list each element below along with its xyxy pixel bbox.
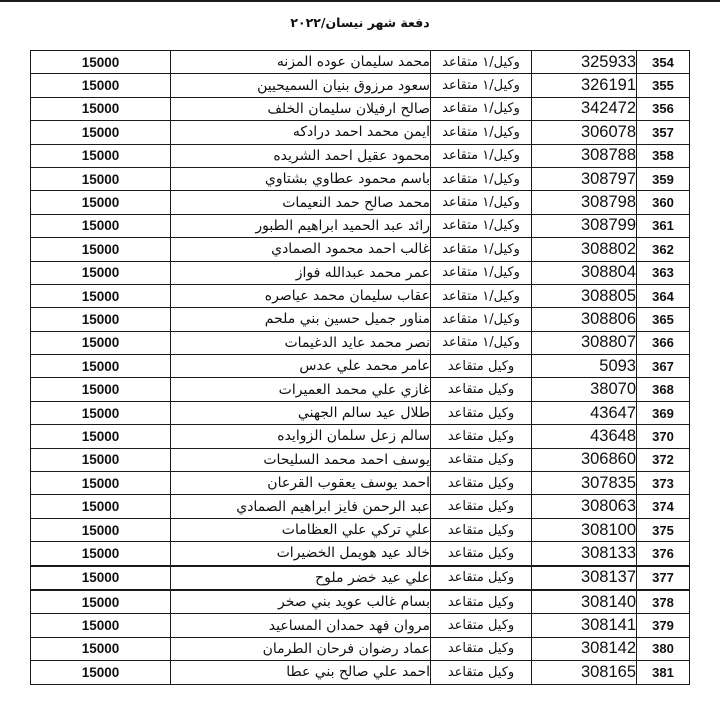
name-cell: يوسف احمد محمد السليحات	[171, 448, 431, 471]
rank-cell: وكيل متقاعد	[431, 614, 532, 637]
id-number-cell: 326191	[532, 74, 637, 97]
id-number-cell: 308798	[532, 191, 637, 214]
id-number-cell: 325933	[532, 51, 637, 74]
serial-cell: 361	[637, 214, 690, 237]
table-row: 36838070وكيل متقاعدغازي علي محمد العميرا…	[31, 378, 690, 401]
amount-cell: 15000	[31, 238, 171, 261]
name-cell: مناور جميل حسين بني ملحم	[171, 308, 431, 331]
rank-cell: وكيل/١ متقاعد	[431, 97, 532, 120]
id-number-cell: 5093	[532, 355, 637, 378]
name-cell: باسم محمود عطاوي بشتاوي	[171, 167, 431, 190]
name-cell: محمد سليمان عوده المزنه	[171, 51, 431, 74]
rank-cell: وكيل متقاعد	[431, 542, 532, 566]
serial-cell: 368	[637, 378, 690, 401]
rank-cell: وكيل/١ متقاعد	[431, 191, 532, 214]
serial-cell: 355	[637, 74, 690, 97]
name-cell: غالب احمد محمود الصمادي	[171, 238, 431, 261]
id-number-cell: 43648	[532, 425, 637, 448]
serial-cell: 374	[637, 495, 690, 518]
rank-cell: وكيل متقاعد	[431, 378, 532, 401]
name-cell: عامر محمد علي عدس	[171, 355, 431, 378]
name-cell: محمد صالح حمد النعيمات	[171, 191, 431, 214]
serial-cell: 379	[637, 614, 690, 637]
table-row: 379308141وكيل متقاعدمروان فهد حمدان المس…	[31, 614, 690, 637]
amount-cell: 15000	[31, 425, 171, 448]
name-cell: علي تركي علي العظامات	[171, 518, 431, 541]
id-number-cell: 342472	[532, 97, 637, 120]
table-body: 354325933وكيل/١ متقاعدمحمد سليمان عوده ا…	[31, 51, 690, 685]
table-row: 362308802وكيل/١ متقاعدغالب احمد محمود ال…	[31, 238, 690, 261]
id-number-cell: 308133	[532, 542, 637, 566]
rank-cell: وكيل/١ متقاعد	[431, 331, 532, 354]
amount-cell: 15000	[31, 518, 171, 541]
serial-cell: 356	[637, 97, 690, 120]
amount-cell: 15000	[31, 261, 171, 284]
id-number-cell: 308807	[532, 331, 637, 354]
id-number-cell: 308142	[532, 637, 637, 660]
id-number-cell: 306078	[532, 121, 637, 144]
name-cell: صالح ارفيلان سليمان الخلف	[171, 97, 431, 120]
id-number-cell: 308802	[532, 238, 637, 261]
amount-cell: 15000	[31, 378, 171, 401]
serial-cell: 366	[637, 331, 690, 354]
rank-cell: وكيل/١ متقاعد	[431, 261, 532, 284]
table-row: 355326191وكيل/١ متقاعدسعود مرزوق بنيان ا…	[31, 74, 690, 97]
name-cell: احمد يوسف يعقوب القرعان	[171, 472, 431, 495]
id-number-cell: 308805	[532, 284, 637, 307]
id-number-cell: 308100	[532, 518, 637, 541]
serial-cell: 360	[637, 191, 690, 214]
rank-cell: وكيل/١ متقاعد	[431, 238, 532, 261]
name-cell: عبد الرحمن فايز ابراهيم الصمادي	[171, 495, 431, 518]
rank-cell: وكيل متقاعد	[431, 425, 532, 448]
amount-cell: 15000	[31, 284, 171, 307]
table-row: 363308804وكيل/١ متقاعدعمر محمد عبدالله ف…	[31, 261, 690, 284]
name-cell: محمود عقيل احمد الشريده	[171, 144, 431, 167]
serial-cell: 375	[637, 518, 690, 541]
id-number-cell: 308140	[532, 590, 637, 614]
name-cell: غازي علي محمد العميرات	[171, 378, 431, 401]
rank-cell: وكيل/١ متقاعد	[431, 214, 532, 237]
id-number-cell: 308165	[532, 661, 637, 684]
amount-cell: 15000	[31, 401, 171, 424]
amount-cell: 15000	[31, 495, 171, 518]
serial-cell: 362	[637, 238, 690, 261]
amount-cell: 15000	[31, 214, 171, 237]
table-row: 364308805وكيل/١ متقاعدعقاب سليمان محمد ع…	[31, 284, 690, 307]
rank-cell: وكيل متقاعد	[431, 637, 532, 660]
id-number-cell: 308788	[532, 144, 637, 167]
serial-cell: 370	[637, 425, 690, 448]
name-cell: طلال عيد سالم الجهني	[171, 401, 431, 424]
id-number-cell: 306860	[532, 448, 637, 471]
table-row: 366308807وكيل/١ متقاعدنصر محمد عايد الدغ…	[31, 331, 690, 354]
table-row: 37043648وكيل متقاعدسالم زعل سلمان الزواي…	[31, 425, 690, 448]
name-cell: مروان فهد حمدان المساعيد	[171, 614, 431, 637]
rank-cell: وكيل/١ متقاعد	[431, 51, 532, 74]
table-row: 356342472وكيل/١ متقاعدصالح ارفيلان سليما…	[31, 97, 690, 120]
serial-cell: 357	[637, 121, 690, 144]
serial-cell: 363	[637, 261, 690, 284]
table-row: 358308788وكيل/١ متقاعدمحمود عقيل احمد ال…	[31, 144, 690, 167]
serial-cell: 365	[637, 308, 690, 331]
id-number-cell: 38070	[532, 378, 637, 401]
id-number-cell: 308141	[532, 614, 637, 637]
table-row: 381308165وكيل متقاعداحمد علي صالح بني عط…	[31, 661, 690, 684]
name-cell: بسام غالب عويد بني صخر	[171, 590, 431, 614]
id-number-cell: 308797	[532, 167, 637, 190]
rank-cell: وكيل متقاعد	[431, 495, 532, 518]
name-cell: عقاب سليمان محمد عياصره	[171, 284, 431, 307]
rank-cell: وكيل متقاعد	[431, 661, 532, 684]
name-cell: علي عيد خضر ملوح	[171, 566, 431, 590]
amount-cell: 15000	[31, 121, 171, 144]
id-number-cell: 43647	[532, 401, 637, 424]
id-number-cell: 307835	[532, 472, 637, 495]
amount-cell: 15000	[31, 51, 171, 74]
serial-cell: 381	[637, 661, 690, 684]
amount-cell: 15000	[31, 308, 171, 331]
name-cell: خالد عيد هويمل الخضيرات	[171, 542, 431, 566]
table-row: 357306078وكيل/١ متقاعدايمن محمد احمد درا…	[31, 121, 690, 144]
name-cell: عمر محمد عبدالله فواز	[171, 261, 431, 284]
serial-cell: 376	[637, 542, 690, 566]
table-row: 375308100وكيل متقاعدعلي تركي علي العظاما…	[31, 518, 690, 541]
rank-cell: وكيل/١ متقاعد	[431, 308, 532, 331]
table-row: 374308063وكيل متقاعدعبد الرحمن فايز ابرا…	[31, 495, 690, 518]
amount-cell: 15000	[31, 614, 171, 637]
id-number-cell: 308804	[532, 261, 637, 284]
amount-cell: 15000	[31, 472, 171, 495]
name-cell: سعود مرزوق بنيان السميحيين	[171, 74, 431, 97]
serial-cell: 372	[637, 448, 690, 471]
rank-cell: وكيل متقاعد	[431, 355, 532, 378]
id-number-cell: 308063	[532, 495, 637, 518]
serial-cell: 359	[637, 167, 690, 190]
table-row: 380308142وكيل متقاعدعماد رضوان فرحان الط…	[31, 637, 690, 660]
amount-cell: 15000	[31, 637, 171, 660]
name-cell: رائد عبد الحميد ابراهيم الطبور	[171, 214, 431, 237]
amount-cell: 15000	[31, 167, 171, 190]
amount-cell: 15000	[31, 331, 171, 354]
name-cell: احمد علي صالح بني عطا	[171, 661, 431, 684]
serial-cell: 377	[637, 566, 690, 590]
serial-cell: 354	[637, 51, 690, 74]
rank-cell: وكيل/١ متقاعد	[431, 121, 532, 144]
rank-cell: وكيل متقاعد	[431, 448, 532, 471]
amount-cell: 15000	[31, 355, 171, 378]
rank-cell: وكيل/١ متقاعد	[431, 167, 532, 190]
serial-cell: 378	[637, 590, 690, 614]
rank-cell: وكيل متقاعد	[431, 566, 532, 590]
amount-cell: 15000	[31, 97, 171, 120]
rank-cell: وكيل متقاعد	[431, 518, 532, 541]
amount-cell: 15000	[31, 448, 171, 471]
table-row: 378308140وكيل متقاعدبسام غالب عويد بني ص…	[31, 590, 690, 614]
rank-cell: وكيل/١ متقاعد	[431, 284, 532, 307]
table-row: 373307835وكيل متقاعداحمد يوسف يعقوب القر…	[31, 472, 690, 495]
name-cell: نصر محمد عايد الدغيمات	[171, 331, 431, 354]
amount-cell: 15000	[31, 74, 171, 97]
serial-cell: 358	[637, 144, 690, 167]
amount-cell: 15000	[31, 590, 171, 614]
name-cell: سالم زعل سلمان الزوايده	[171, 425, 431, 448]
id-number-cell: 308799	[532, 214, 637, 237]
table-row: 3675093وكيل متقاعدعامر محمد علي عدس15000	[31, 355, 690, 378]
amount-cell: 15000	[31, 661, 171, 684]
id-number-cell: 308806	[532, 308, 637, 331]
serial-cell: 373	[637, 472, 690, 495]
table-row: 377308137وكيل متقاعدعلي عيد خضر ملوح1500…	[31, 566, 690, 590]
serial-cell: 367	[637, 355, 690, 378]
scanned-document-page: دفعة شهر نيسان/٢٠٢٢ 354325933وكيل/١ متقا…	[0, 0, 720, 711]
table-row: 36943647وكيل متقاعدطلال عيد سالم الجهني1…	[31, 401, 690, 424]
table-row: 359308797وكيل/١ متقاعدباسم محمود عطاوي ب…	[31, 167, 690, 190]
pension-table: 354325933وكيل/١ متقاعدمحمد سليمان عوده ا…	[30, 50, 690, 685]
rank-cell: وكيل/١ متقاعد	[431, 74, 532, 97]
serial-cell: 369	[637, 401, 690, 424]
name-cell: ايمن محمد احمد درادكه	[171, 121, 431, 144]
document-title: دفعة شهر نيسان/٢٠٢٢	[0, 15, 720, 30]
table-row: 360308798وكيل/١ متقاعدمحمد صالح حمد النع…	[31, 191, 690, 214]
rank-cell: وكيل/١ متقاعد	[431, 144, 532, 167]
table-row: 372306860وكيل متقاعديوسف احمد محمد السلي…	[31, 448, 690, 471]
id-number-cell: 308137	[532, 566, 637, 590]
serial-cell: 364	[637, 284, 690, 307]
table-row: 361308799وكيل/١ متقاعدرائد عبد الحميد اب…	[31, 214, 690, 237]
rank-cell: وكيل متقاعد	[431, 472, 532, 495]
rank-cell: وكيل متقاعد	[431, 401, 532, 424]
amount-cell: 15000	[31, 542, 171, 566]
table-row: 354325933وكيل/١ متقاعدمحمد سليمان عوده ا…	[31, 51, 690, 74]
table-row: 365308806وكيل/١ متقاعدمناور جميل حسين بن…	[31, 308, 690, 331]
rank-cell: وكيل متقاعد	[431, 590, 532, 614]
name-cell: عماد رضوان فرحان الطرمان	[171, 637, 431, 660]
table-row: 376308133وكيل متقاعدخالد عيد هويمل الخضي…	[31, 542, 690, 566]
amount-cell: 15000	[31, 191, 171, 214]
amount-cell: 15000	[31, 144, 171, 167]
amount-cell: 15000	[31, 566, 171, 590]
serial-cell: 380	[637, 637, 690, 660]
